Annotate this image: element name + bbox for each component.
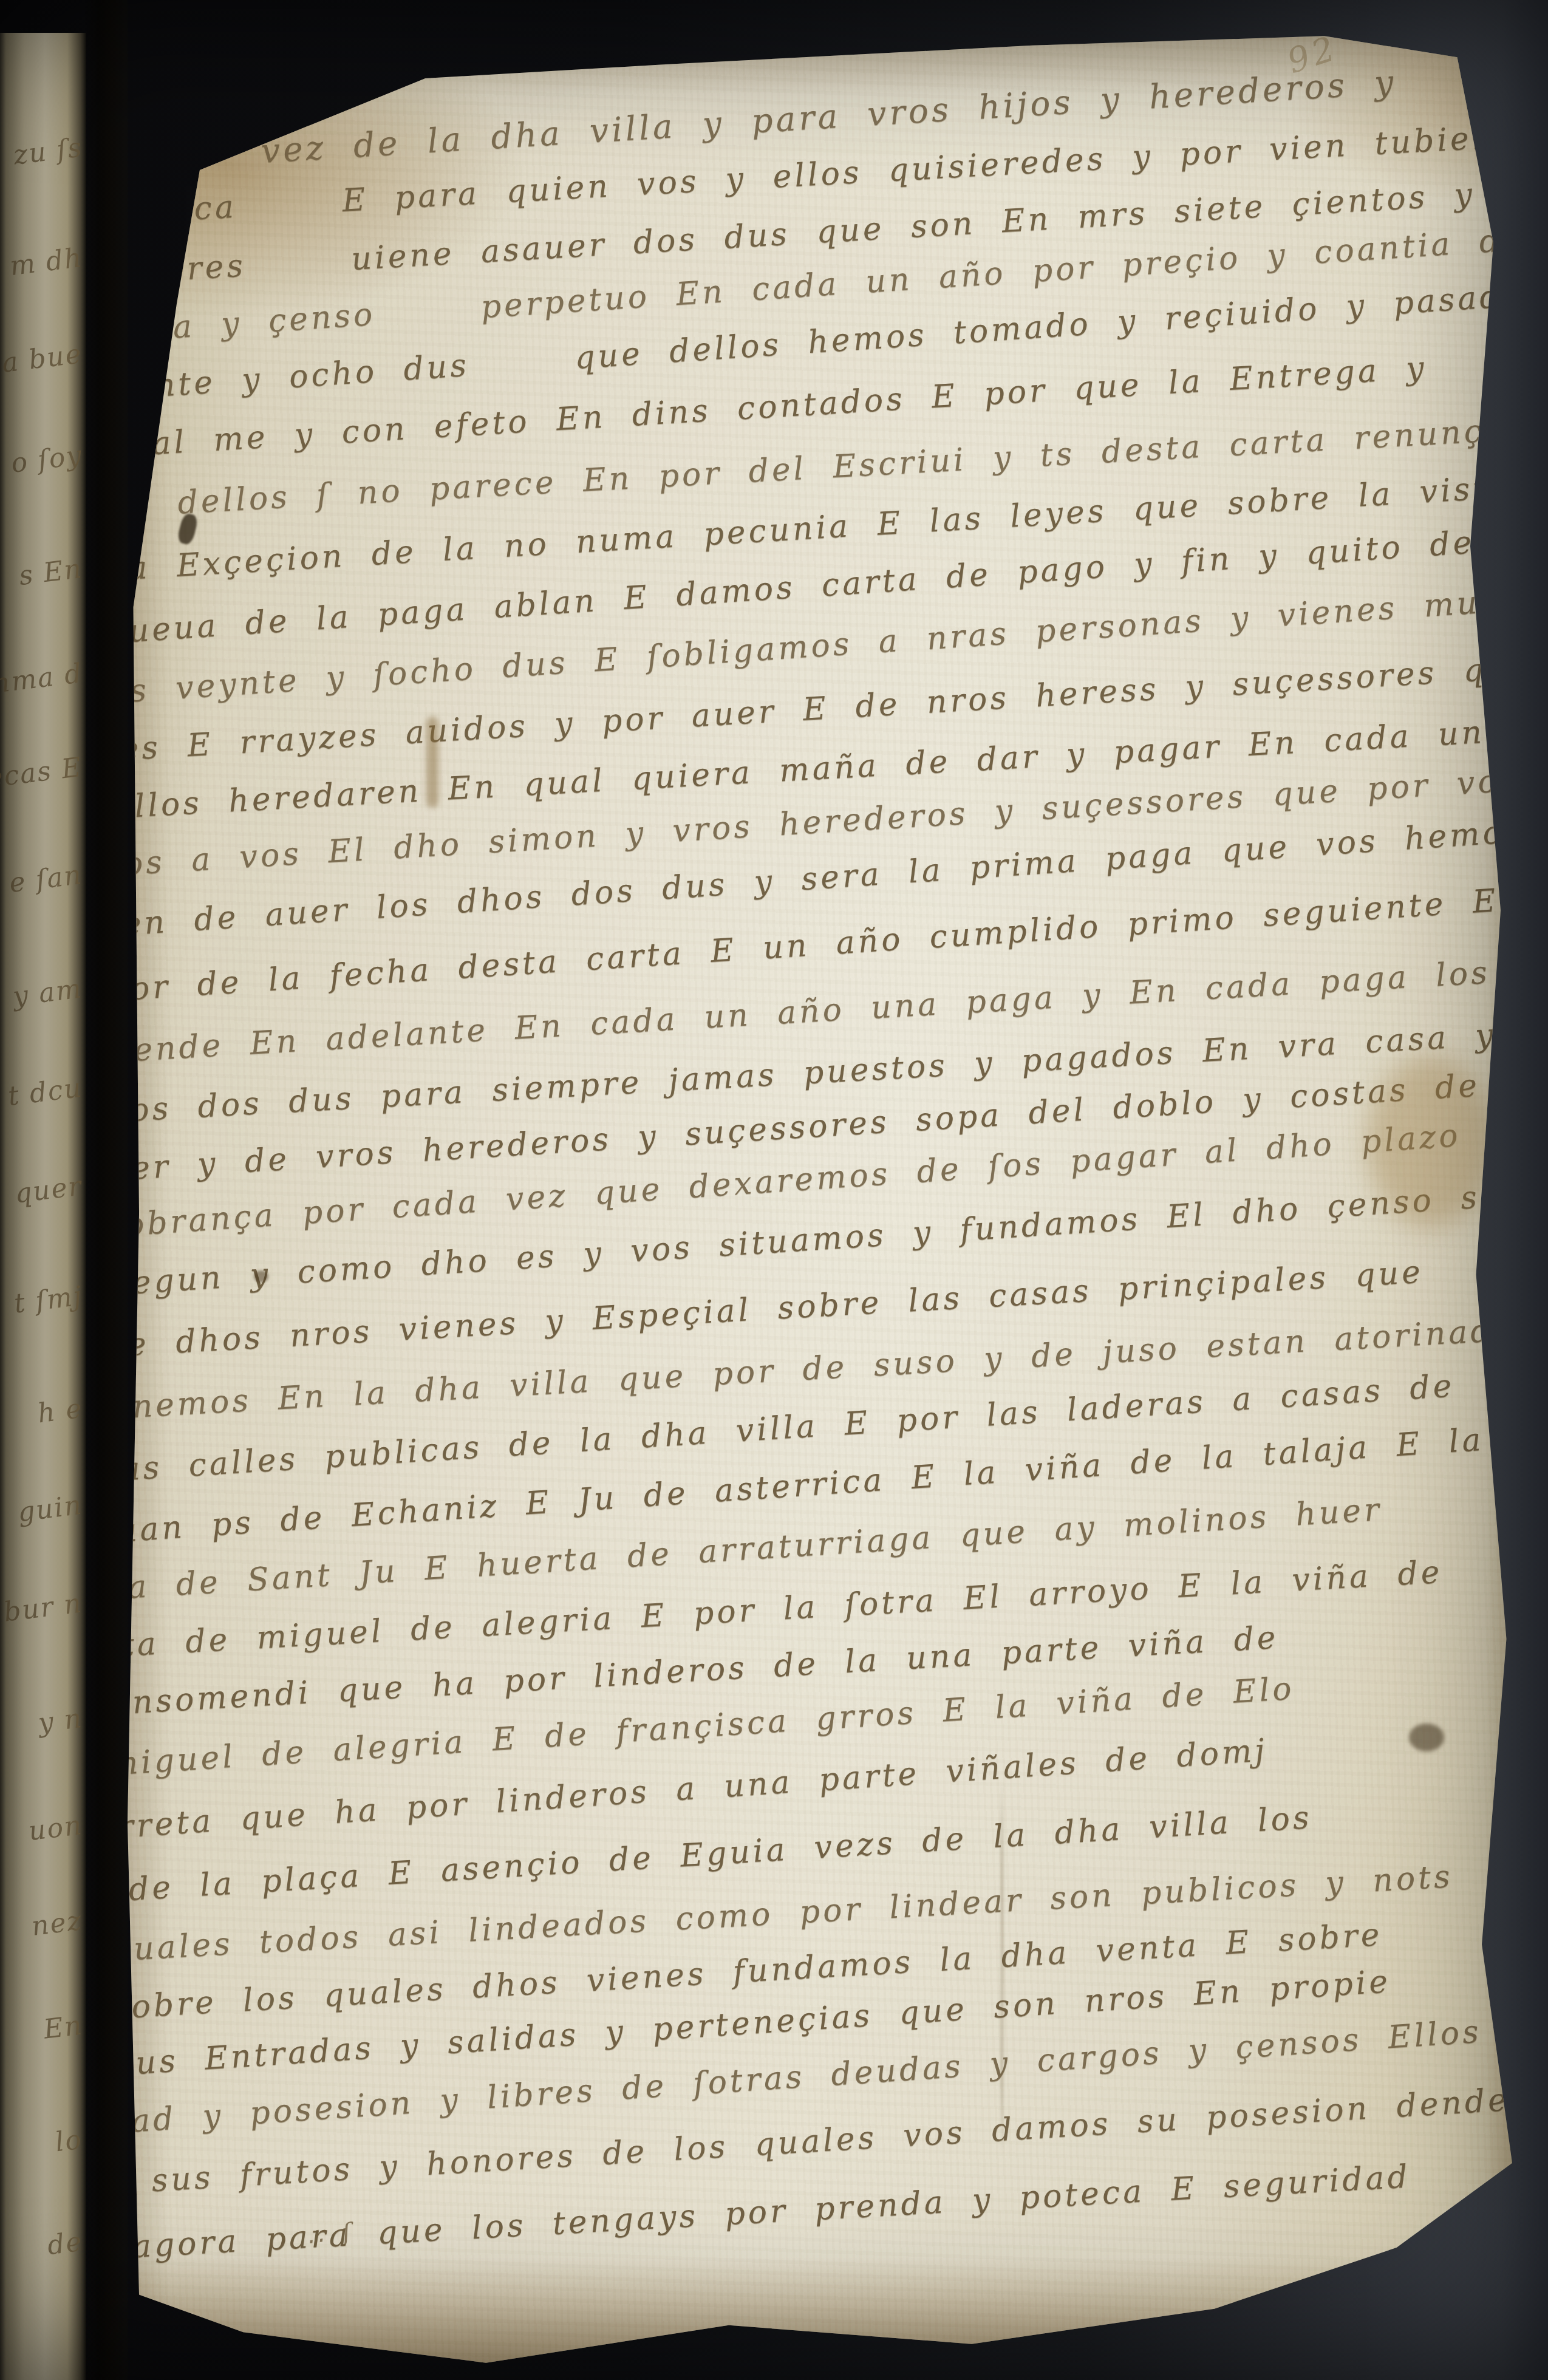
facing-page-text-fragment: hecas E (0, 752, 84, 797)
facing-page-text-fragment: guin (16, 1490, 84, 1529)
facing-page-text-fragment: t ſmj (12, 1280, 84, 1319)
facing-page-text-fragment: h e (36, 1393, 84, 1430)
facing-page-text-fragment: o ſoy (9, 440, 84, 479)
facing-page-text-fragment: E t dcu (0, 1072, 84, 1116)
facing-page-text-fragment: s En (17, 553, 84, 592)
facing-page-text-fragment: uon (27, 1810, 84, 1847)
facing-page-edge: zu ſsm dha bueo ſoys Enhma dhecas Ee ſan… (0, 33, 86, 2380)
facing-page-text-fragment: En (42, 2010, 84, 2045)
facing-page-text-fragment: y am (12, 973, 84, 1012)
fold-crease (1001, 1779, 1003, 2156)
facing-page-text-fragment: m dh (8, 242, 84, 282)
gutter-shadow (84, 0, 128, 2380)
manuscript-page: 92 vez de la dha villa y para vros hijos… (97, 24, 1543, 2375)
facing-page-text-fragment: lo (53, 2124, 84, 2158)
photo-backdrop: zu ſsm dha bueo ſoys Enhma dhecas Ee ſan… (0, 0, 1548, 2380)
facing-page-text-fragment: nez (30, 1905, 84, 1942)
facing-page-text-fragment: bur n (2, 1587, 84, 1628)
facing-page-text-fragment: quer (13, 1170, 84, 1209)
facing-page-text-fragment: e ſan (7, 859, 84, 899)
facing-page-text-fragment: de (46, 2226, 84, 2262)
manuscript-text: vez de la dha villa y para vros hijos y … (97, 24, 1543, 2375)
facing-page-text-fragment: zu ſs (12, 132, 84, 171)
facing-page-text-fragment: y n (36, 1703, 84, 1739)
facing-page-text-fragment: a bue (1, 338, 84, 379)
facing-page-text-fragment: hma d (0, 658, 84, 700)
